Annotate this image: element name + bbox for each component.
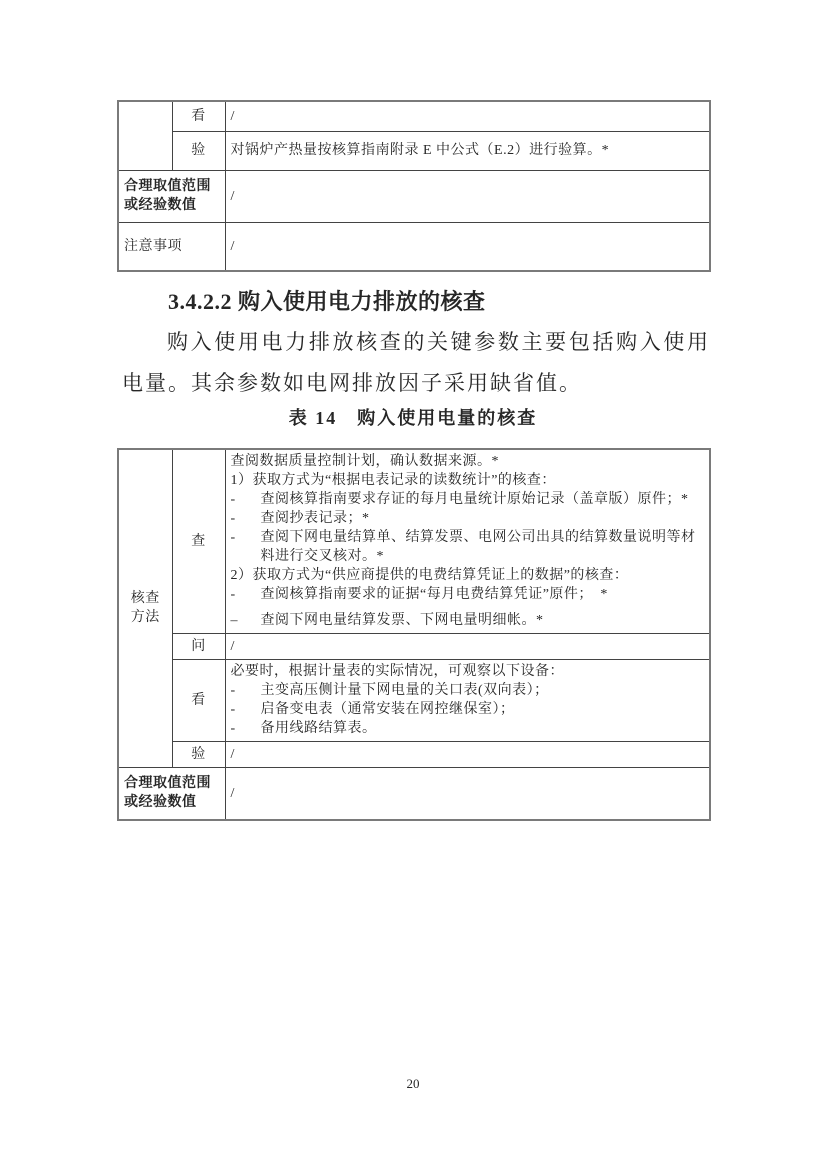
check-label-cell: 查 (172, 449, 225, 633)
bullet-dash: – (231, 611, 261, 630)
bullet-dash: - (231, 719, 261, 738)
table-row: 验 / (118, 741, 710, 767)
document-page: 看 / 验 对锅炉产热量按核算指南附录 E 中公式（E.2）进行验算。* 合理取… (0, 0, 826, 1169)
bullet-dash: - (231, 700, 261, 719)
bullet-dash: - (231, 509, 261, 528)
cell-line: - 查阅下网电量结算单、结算发票、电网公司出具的结算数量说明等材料进行交叉核对。… (231, 528, 705, 566)
verify-label-cell: 验 (172, 741, 225, 767)
cell-line: 必要时，根据计量表的实际情况，可观察以下设备： (231, 662, 705, 681)
cell-line: - 备用线路结算表。 (231, 719, 705, 738)
table-row: 看 / (118, 101, 710, 131)
bullet-dash: - (231, 681, 261, 700)
cell-line: 查阅数据质量控制计划，确认数据来源。* (231, 452, 705, 471)
bullet-text: 查阅核算指南要求的证据“每月电费结算凭证”原件； * (261, 585, 705, 604)
bullet-text: 查阅下网电量结算发票、下网电量明细帐。* (261, 611, 705, 630)
bullet-dash: - (231, 490, 261, 509)
section-paragraph: 购入使用电力排放核查的关键参数主要包括购入使用电量。其余参数如电网排放因子采用缺… (122, 322, 710, 404)
look-label-cell: 看 (172, 659, 225, 741)
look-content-cell: 必要时，根据计量表的实际情况，可观察以下设备： - 主变高压侧计量下网电量的关口… (225, 659, 710, 741)
bullet-text: 备用线路结算表。 (261, 719, 705, 738)
bullet-text: 主变高压侧计量下网电量的关口表(双向表）； (261, 681, 705, 700)
table-row: 问 / (118, 633, 710, 659)
notes-content-cell: / (225, 222, 710, 271)
cell-line: – 查阅下网电量结算发票、下网电量明细帐。* (231, 611, 705, 630)
range-content-cell: / (225, 170, 710, 222)
look-content-cell: / (225, 101, 710, 131)
method-group-cell (118, 101, 172, 170)
table-row: 合理取值范围 或经验数值 / (118, 767, 710, 820)
ask-label-cell: 问 (172, 633, 225, 659)
verify-label-cell: 验 (172, 131, 225, 170)
table-row: 注意事项 / (118, 222, 710, 271)
boiler-verification-table-fragment: 看 / 验 对锅炉产热量按核算指南附录 E 中公式（E.2）进行验算。* 合理取… (117, 100, 711, 272)
bullet-dash: - (231, 585, 261, 604)
cell-line: - 查阅抄表记录；* (231, 509, 705, 528)
range-content-cell: / (225, 767, 710, 820)
cell-line: 2）获取方式为“供应商提供的电费结算凭证上的数据”的核查： (231, 566, 705, 585)
cell-line: - 查阅核算指南要求的证据“每月电费结算凭证”原件； * (231, 585, 705, 604)
page-number: 20 (0, 1076, 826, 1092)
bullet-text: 查阅抄表记录；* (261, 509, 705, 528)
table-row: 看 必要时，根据计量表的实际情况，可观察以下设备： - 主变高压侧计量下网电量的… (118, 659, 710, 741)
verify-content-cell: / (225, 741, 710, 767)
cell-line: - 启备变电表（通常安装在网控继保室）； (231, 700, 705, 719)
cell-line: - 主变高压侧计量下网电量的关口表(双向表）； (231, 681, 705, 700)
section-heading: 3.4.2.2 购入使用电力排放的核查 (168, 288, 486, 316)
notes-label-cell: 注意事项 (118, 222, 225, 271)
bullet-text: 启备变电表（通常安装在网控继保室）； (261, 700, 705, 719)
verify-content-cell: 对锅炉产热量按核算指南附录 E 中公式（E.2）进行验算。* (225, 131, 710, 170)
table-row: 合理取值范围 或经验数值 / (118, 170, 710, 222)
cell-line: - 查阅核算指南要求存证的每月电量统计原始记录（盖章版）原件；* (231, 490, 705, 509)
ask-content-cell: / (225, 633, 710, 659)
table-row: 验 对锅炉产热量按核算指南附录 E 中公式（E.2）进行验算。* (118, 131, 710, 170)
look-label-cell: 看 (172, 101, 225, 131)
bullet-text: 查阅下网电量结算单、结算发票、电网公司出具的结算数量说明等材料进行交叉核对。* (261, 528, 705, 566)
bullet-text: 查阅核算指南要求存证的每月电量统计原始记录（盖章版）原件；* (261, 490, 705, 509)
range-label-cell: 合理取值范围 或经验数值 (118, 767, 225, 820)
table-row: 核查 方法 查 查阅数据质量控制计划，确认数据来源。* 1）获取方式为“根据电表… (118, 449, 710, 633)
cell-line: 1）获取方式为“根据电表记录的读数统计”的核查： (231, 471, 705, 490)
check-content-cell: 查阅数据质量控制计划，确认数据来源。* 1）获取方式为“根据电表记录的读数统计”… (225, 449, 710, 633)
range-label-cell: 合理取值范围 或经验数值 (118, 170, 225, 222)
purchased-electricity-verification-table: 核查 方法 查 查阅数据质量控制计划，确认数据来源。* 1）获取方式为“根据电表… (117, 448, 711, 821)
method-group-cell: 核查 方法 (118, 449, 172, 767)
table14-caption: 表 14 购入使用电量的核查 (117, 406, 709, 430)
bullet-dash: - (231, 528, 261, 566)
